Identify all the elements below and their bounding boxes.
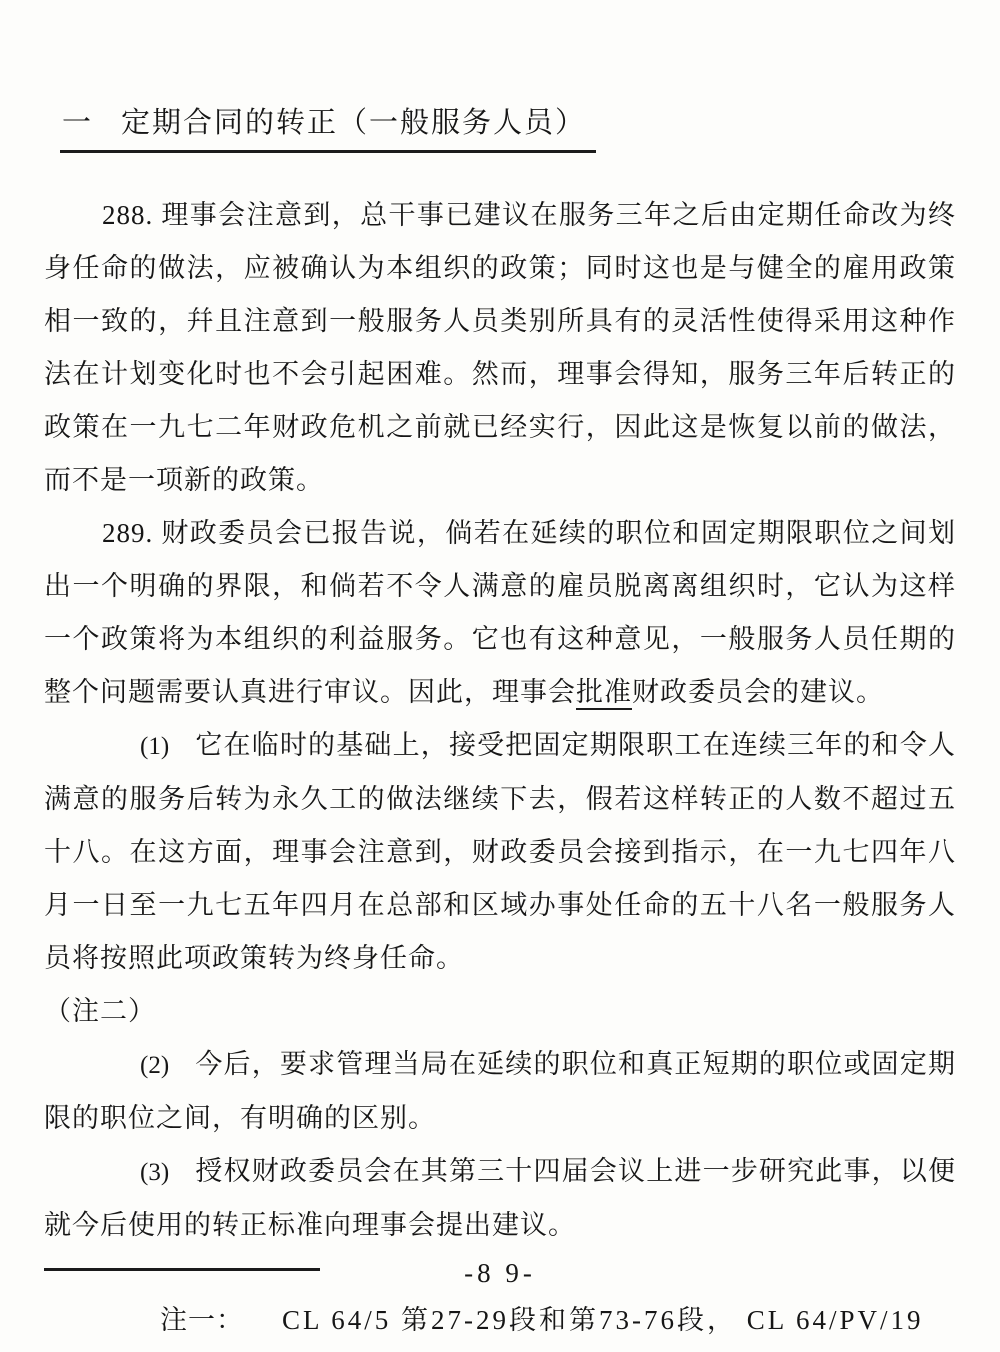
footnote: 注一：CL 64/5 第27-29段和第73-76段， CL 64/PV/19 (44, 1297, 956, 1343)
footnote-reference-note2: （注二） (44, 985, 956, 1038)
paragraph-289-tail: 财政委员会的建议。 (632, 677, 884, 707)
item-2-marker: (2) (92, 1039, 169, 1092)
item-1-text: 它在临时的基础上，接受把固定期限职工在连续三年的和令人满意的服务后转为永久工的做… (44, 730, 956, 973)
approve-underlined-text: 批准 (576, 677, 632, 710)
list-item-2: (2)今后，要求管理当局在延续的职位和真正短期的职位或固定期限的职位之间，有明确… (44, 1038, 956, 1145)
item-3-text: 授权财政委员会在其第三十四届会议上进一步研究此事，以便就今后使用的转正标准向理事… (44, 1156, 956, 1240)
list-item-3: (3)授权财政委员会在其第三十四届会议上进一步研究此事，以便就今后使用的转正标准… (44, 1145, 956, 1252)
document-page: 一定期合同的转正（一般服务人员） 288. 理事会注意到，总干事已建议在服务三年… (0, 0, 1000, 1352)
list-item-1: (1)它在临时的基础上，接受把固定期限职工在连续三年的和令人满意的服务后转为永久… (44, 719, 956, 985)
section-heading: 一定期合同的转正（一般服务人员） (60, 100, 596, 153)
section-number: 一 (62, 100, 93, 141)
item-1-marker: (1) (92, 720, 169, 773)
paragraph-288: 288. 理事会注意到，总干事已建议在服务三年之后由定期任命改为终身任命的做法，… (44, 189, 956, 507)
paragraph-289: 289. 财政委员会已报告说，倘若在延续的职位和固定期限职位之间划出一个明确的界… (44, 507, 956, 719)
footnote-label: 注一： (102, 1297, 244, 1343)
footnote-text: CL 64/5 第27-29段和第73-76段， CL 64/PV/19 (282, 1305, 924, 1335)
page-number: -8 9- (0, 1258, 1000, 1289)
section-title: 定期合同的转正（一般服务人员） (121, 107, 586, 139)
item-2-text: 今后，要求管理当局在延续的职位和真正短期的职位或固定期限的职位之间，有明确的区别… (44, 1049, 956, 1133)
item-3-marker: (3) (92, 1146, 169, 1199)
